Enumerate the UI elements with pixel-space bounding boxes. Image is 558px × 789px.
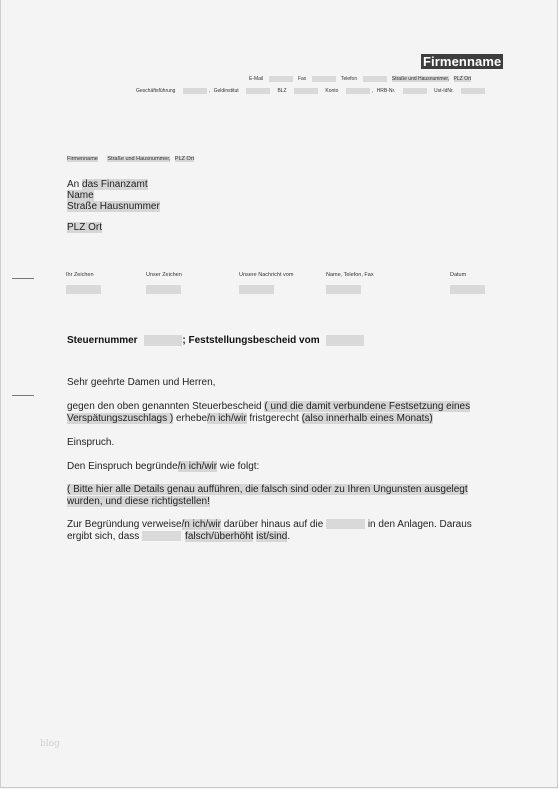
paragraph-5-line-2: ergibt sich, dass falsch/überhöht ist/si… — [67, 531, 290, 543]
tax-number-field[interactable] — [144, 335, 182, 346]
recipient-line-1: An das Finanzamt — [67, 179, 148, 190]
subject-line: Steuernummer ; Feststellungsbescheid vom — [67, 335, 364, 346]
phone-label: Telefon — [341, 76, 357, 82]
sender-street: Straße und Hausnummer, — [107, 156, 170, 162]
recipient-name: Name — [67, 190, 94, 201]
blz-label: BLZ — [277, 88, 286, 94]
ref-field-your-sign[interactable] — [66, 285, 101, 294]
hrb-field[interactable] — [403, 88, 427, 94]
fold-mark-middle — [12, 395, 34, 396]
ref-label-your-sign: Ihr Zeichen — [66, 272, 94, 278]
notice-date-field[interactable] — [326, 335, 364, 346]
management-label: Geschäftsführung — [136, 88, 175, 94]
recipient-office: das Finanzamt — [82, 179, 148, 190]
email-label: E-Mail — [249, 76, 263, 82]
ref-field-date[interactable] — [450, 285, 485, 294]
recipient-street: Straße Hausnummer — [67, 201, 160, 212]
paragraph-3: Den Einspruch begründe/n ich/wir wie fol… — [67, 461, 259, 473]
account-field[interactable] — [346, 88, 370, 94]
city-label: PLZ Ort — [454, 76, 472, 82]
email-field[interactable] — [269, 76, 293, 82]
page-frame — [0, 0, 558, 788]
paragraph-2: Einspruch. — [67, 437, 114, 449]
ref-field-contact[interactable] — [326, 285, 361, 294]
salutation: Sehr geehrte Damen und Herren, — [67, 377, 215, 389]
vat-label: Ust-IdNr. — [434, 88, 454, 94]
paragraph-1-line-1: gegen den oben genannten Steuerbescheid … — [67, 401, 470, 413]
sender-company: Firmenname — [67, 156, 98, 162]
header-contact-row: E-Mail Fax Telefon Straße und Hausnummer… — [249, 75, 471, 83]
blz-field[interactable] — [294, 88, 318, 94]
ref-label-contact: Name, Telefon, Fax — [326, 272, 374, 278]
bank-field[interactable] — [246, 88, 270, 94]
vat-field[interactable] — [461, 88, 485, 94]
recipient-city: PLZ Ort — [67, 222, 102, 233]
account-label: Konto — [325, 88, 338, 94]
hrb-label: HRB-Nr. — [377, 88, 396, 94]
phone-field[interactable] — [363, 76, 387, 82]
fax-field[interactable] — [312, 76, 336, 82]
bank-label: Geldinstitut — [214, 88, 239, 94]
paragraph-4-line-1[interactable]: ( Bitte hier alle Details genau aufführe… — [67, 484, 468, 496]
street-label: Straße und Hausnummer, — [392, 76, 449, 82]
attachment-field[interactable] — [326, 519, 365, 529]
paragraph-1-line-2: Verspätungszuschlags ) erhebe/n ich/wir … — [67, 413, 433, 425]
company-name: Firmenname — [421, 54, 503, 69]
ref-field-our-message[interactable] — [239, 285, 274, 294]
subject-notice-label: ; Feststellungsbescheid vom — [182, 335, 319, 346]
management-field[interactable] — [183, 88, 207, 94]
subject-tax-number-label: Steuernummer — [67, 335, 138, 346]
fax-label: Fax — [298, 76, 306, 82]
ref-label-date: Datum — [450, 272, 466, 278]
fold-mark-top — [12, 278, 34, 279]
paragraph-5-line-1: Zur Begründung verweise/n ich/wir darübe… — [67, 519, 472, 531]
recipient-prefix: An — [67, 179, 79, 190]
ref-label-our-sign: Unser Zeichen — [146, 272, 182, 278]
paragraph-4-line-2[interactable]: wurden, und diese richtigstellen! — [67, 496, 210, 508]
sender-city: PLZ Ort — [175, 156, 194, 162]
ref-label-our-message: Unsere Nachricht vom — [239, 272, 293, 278]
ref-field-our-sign[interactable] — [146, 285, 181, 294]
header-company-row: Geschäftsführung , Geldinstitut BLZ Kont… — [136, 87, 485, 95]
item-field[interactable] — [142, 531, 181, 541]
watermark: blog — [40, 739, 60, 749]
sender-line: Firmenname Straße und Hausnummer, PLZ Or… — [67, 156, 194, 162]
